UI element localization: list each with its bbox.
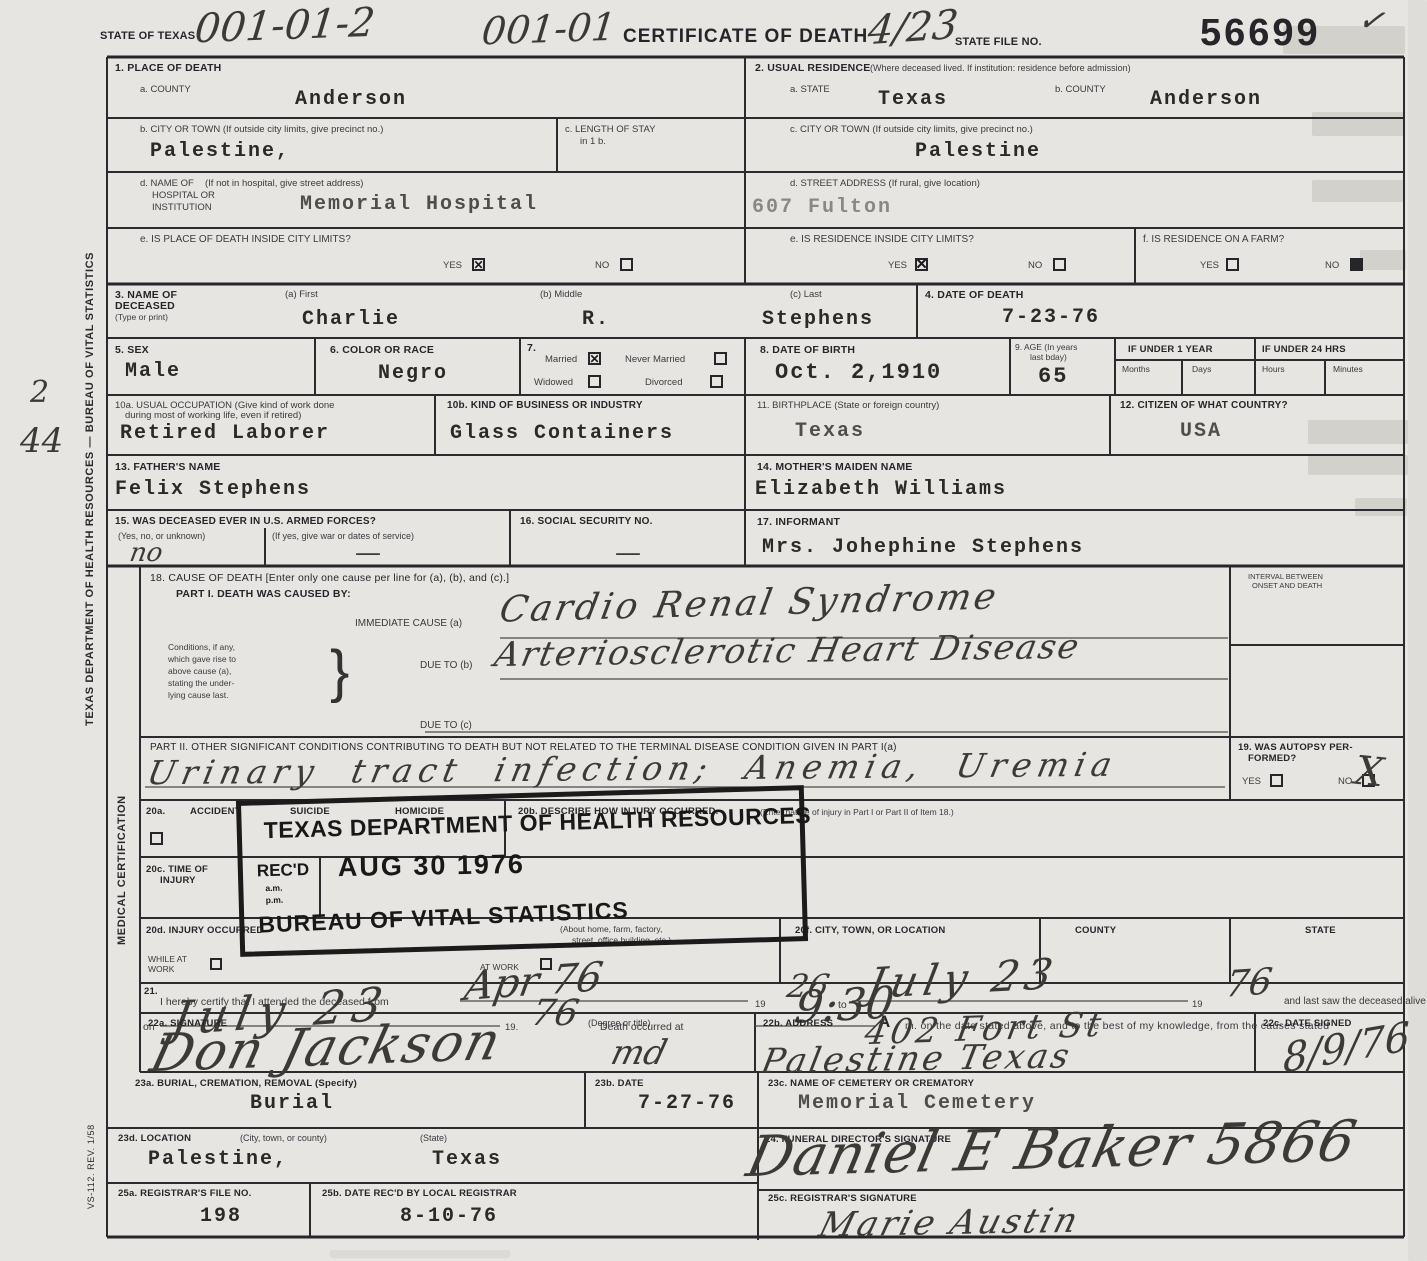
date-of-birth-value: Oct. 2,1910 bbox=[775, 360, 942, 385]
city-town-county-label: (City, town, or county) bbox=[240, 1133, 327, 1143]
cemetery-value: Memorial Cemetery bbox=[798, 1092, 1036, 1115]
stamp-am-label: a.m. bbox=[265, 883, 282, 893]
city-or-town-label: b. CITY OR TOWN (If outside city limits,… bbox=[140, 124, 383, 135]
interval-label-2: ONSET AND DEATH bbox=[1252, 581, 1322, 590]
conditions-brace: } bbox=[330, 638, 349, 705]
death-city-limits-no-label: NO bbox=[595, 260, 609, 271]
residence-state-value: Texas bbox=[878, 88, 948, 111]
farm-yes-label: YES bbox=[1200, 260, 1219, 271]
married-checkbox[interactable]: ✕ bbox=[588, 352, 601, 365]
months-label: Months bbox=[1122, 364, 1150, 374]
fathers-name-value: Felix Stephens bbox=[115, 478, 311, 501]
stamp-date: AUG 30 1976 bbox=[338, 849, 526, 883]
death-inside-city-limits-label: e. IS PLACE OF DEATH INSIDE CITY LIMITS? bbox=[140, 234, 351, 245]
autopsy-no-handwritten-x: X bbox=[1353, 751, 1386, 794]
time-of-injury-label-1: 20c. TIME OF bbox=[146, 864, 208, 875]
death-city-limits-no-checkbox[interactable] bbox=[620, 258, 633, 271]
citizen-value: USA bbox=[1180, 420, 1222, 443]
due-to-b-label: DUE TO (b) bbox=[420, 660, 472, 671]
sex-label: 5. SEX bbox=[115, 344, 149, 356]
hospital-or-label: HOSPITAL OR bbox=[152, 190, 215, 201]
widowed-label: Widowed bbox=[534, 377, 573, 388]
while-at-label: WHILE AT bbox=[148, 954, 187, 964]
citizen-label: 12. CITIZEN OF WHAT COUNTRY? bbox=[1120, 400, 1288, 411]
days-label: Days bbox=[1192, 364, 1211, 374]
conditions-note-2: which gave rise to bbox=[168, 654, 236, 664]
middle-name-label: (b) Middle bbox=[540, 289, 582, 300]
mothers-maiden-name-label: 14. MOTHER'S MAIDEN NAME bbox=[757, 461, 912, 473]
kind-of-business-label: 10b. KIND OF BUSINESS OR INDUSTRY bbox=[447, 400, 643, 411]
hours-label: Hours bbox=[1262, 364, 1285, 374]
residence-city-limits-yes-checkbox[interactable]: ✕ bbox=[915, 258, 928, 271]
color-or-race-value: Negro bbox=[378, 362, 448, 385]
date-of-death-value: 7-23-76 bbox=[1002, 306, 1100, 329]
burial-location-city-value: Palestine, bbox=[148, 1148, 288, 1171]
stamp-bureau-line: BUREAU OF VITAL STATISTICS bbox=[258, 897, 629, 939]
deceased-label: DECEASED bbox=[115, 300, 175, 312]
if-under-24-hrs-label: IF UNDER 24 HRS bbox=[1262, 344, 1346, 355]
immediate-cause-label: IMMEDIATE CAUSE (a) bbox=[355, 618, 462, 629]
armed-forces-label: 15. WAS DECEASED EVER IN U.S. ARMED FORC… bbox=[115, 516, 376, 527]
never-married-label: Never Married bbox=[625, 354, 685, 365]
residence-city-limits-no-label: NO bbox=[1028, 260, 1042, 271]
certify-19-1: 19 bbox=[755, 999, 766, 1010]
marital-status-label: 7. bbox=[527, 342, 536, 354]
color-or-race-label: 6. COLOR OR RACE bbox=[330, 344, 434, 356]
last-seen-year-handwritten: 76 bbox=[528, 996, 581, 1032]
divorced-checkbox[interactable] bbox=[710, 375, 723, 388]
date-of-birth-label: 8. DATE OF BIRTH bbox=[760, 344, 855, 356]
check-x: ✕ bbox=[473, 259, 483, 271]
if-under-1-year-label: IF UNDER 1 YEAR bbox=[1128, 344, 1213, 355]
autopsy-yes-label: YES bbox=[1242, 776, 1261, 787]
residence-county-label: b. COUNTY bbox=[1055, 84, 1106, 95]
due-to-b-value: Arteriosclerotic Heart Disease bbox=[492, 630, 1084, 672]
stamp-pm-label: p.m. bbox=[266, 895, 284, 905]
check-mark: ✓ bbox=[1356, 2, 1387, 37]
handwritten-code-1: 001-01-2 bbox=[193, 3, 377, 49]
date-recd-label: 25b. DATE REC'D BY LOCAL REGISTRAR bbox=[322, 1188, 517, 1199]
last-name-value: Stephens bbox=[762, 308, 874, 331]
injury-state-label: STATE bbox=[1305, 925, 1336, 936]
farm-no-label: NO bbox=[1325, 260, 1339, 271]
residence-city-limits-no-checkbox[interactable] bbox=[1053, 258, 1066, 271]
armed-forces-dash: — bbox=[355, 540, 381, 566]
hospital-name-label: d. NAME OF bbox=[140, 178, 194, 189]
social-security-label: 16. SOCIAL SECURITY NO. bbox=[520, 516, 653, 527]
street-address-value: 607 Fulton bbox=[752, 196, 892, 219]
handwritten-margin-mark-1: 2 bbox=[30, 378, 49, 408]
physician-address-line-2: Palestine Texas bbox=[759, 1039, 1075, 1079]
social-security-dash: — bbox=[615, 540, 641, 566]
usual-occupation-value: Retired Laborer bbox=[120, 422, 330, 445]
handwritten-margin-mark-2: 44 bbox=[20, 424, 63, 458]
state-sub-label: (State) bbox=[420, 1133, 447, 1143]
residence-on-farm-label: f. IS RESIDENCE ON A FARM? bbox=[1143, 234, 1284, 245]
widowed-checkbox[interactable] bbox=[588, 375, 601, 388]
minutes-label: Minutes bbox=[1333, 364, 1363, 374]
part1-label: PART I. DEATH WAS CAUSED BY: bbox=[176, 588, 351, 600]
handwritten-page-number: 4/23 bbox=[866, 5, 960, 52]
armed-forces-value: no bbox=[128, 540, 165, 566]
part2-value: Urinary tract infection; Anemia, Uremia bbox=[145, 748, 1121, 790]
cause-of-death-label: 18. CAUSE OF DEATH [Enter only one cause… bbox=[150, 572, 509, 584]
residence-city-limits-label: e. IS RESIDENCE INSIDE CITY LIMITS? bbox=[790, 234, 974, 245]
check-x: ✕ bbox=[915, 257, 928, 272]
first-name-value: Charlie bbox=[302, 308, 400, 331]
registrar-file-no-value: 198 bbox=[200, 1205, 242, 1228]
conditions-note-1: Conditions, if any, bbox=[168, 642, 235, 652]
physician-address-label: 22b. ADDRESS bbox=[763, 1018, 833, 1029]
interval-label-1: INTERVAL BETWEEN bbox=[1248, 572, 1323, 581]
burial-value: Burial bbox=[250, 1092, 334, 1115]
place-of-death-label: 1. PLACE OF DEATH bbox=[115, 62, 221, 74]
kind-of-business-value: Glass Containers bbox=[450, 422, 674, 445]
first-name-label: (a) First bbox=[285, 289, 318, 300]
time-of-injury-label-2: INJURY bbox=[160, 875, 196, 886]
length-of-stay-label: c. LENGTH OF STAY bbox=[565, 124, 655, 135]
armed-forces-sub2: (If yes, give war or dates of service) bbox=[272, 531, 414, 541]
medical-certification-vertical-text: MEDICAL CERTIFICATION bbox=[116, 730, 128, 1010]
residence-city-value: Palestine bbox=[915, 140, 1041, 163]
registrar-file-no-label: 25a. REGISTRAR'S FILE NO. bbox=[118, 1188, 251, 1199]
farm-no-checkbox[interactable] bbox=[1350, 258, 1363, 271]
informant-value: Mrs. Johephine Stephens bbox=[762, 536, 1084, 559]
handwritten-code-2: 001-01 bbox=[480, 8, 618, 51]
burial-location-label: 23d. LOCATION bbox=[118, 1133, 191, 1144]
hospital-value: Memorial Hospital bbox=[300, 193, 538, 216]
farm-yes-checkbox[interactable] bbox=[1226, 258, 1239, 271]
age-label-1: 9. AGE (In years bbox=[1015, 342, 1077, 352]
certify-21-label: 21. bbox=[144, 986, 158, 997]
age-label-2: last bday) bbox=[1030, 352, 1067, 362]
while-at-work-checkbox[interactable] bbox=[210, 958, 222, 970]
attended-to-year-handwritten: 76 bbox=[1223, 964, 1274, 1004]
usual-residence-label: 2. USUAL RESIDENCE bbox=[755, 62, 870, 74]
physician-degree-handwritten: md bbox=[608, 1036, 670, 1070]
informant-label: 17. INFORMANT bbox=[757, 516, 840, 528]
birthplace-value: Texas bbox=[795, 420, 865, 443]
certify-19-2: 19 bbox=[1192, 999, 1203, 1010]
mothers-maiden-name-value: Elizabeth Williams bbox=[755, 478, 1007, 501]
burial-location-state-value: Texas bbox=[432, 1148, 502, 1171]
death-city-limits-yes-checkbox[interactable]: ✕ bbox=[472, 258, 485, 271]
death-city-limits-yes-label: YES bbox=[443, 260, 462, 271]
autopsy-label-1: 19. WAS AUTOPSY PER- bbox=[1238, 742, 1353, 753]
usual-residence-paren: (Where deceased lived. If institution: r… bbox=[870, 63, 1131, 73]
work-label: WORK bbox=[148, 964, 174, 974]
fathers-name-label: 13. FATHER'S NAME bbox=[115, 461, 220, 473]
injury-county-label: COUNTY bbox=[1075, 925, 1116, 936]
county-label: a. COUNTY bbox=[140, 84, 191, 95]
residence-city-limits-yes-label: YES bbox=[888, 260, 907, 271]
stamp-recd-label: REC'D bbox=[257, 860, 310, 881]
physician-signature: Don Jackson bbox=[146, 1016, 508, 1081]
autopsy-no-label: NO bbox=[1338, 776, 1352, 787]
burial-label: 23a. BURIAL, CREMATION, REMOVAL (Specify… bbox=[135, 1078, 357, 1089]
cemetery-label: 23c. NAME OF CEMETERY OR CREMATORY bbox=[768, 1078, 974, 1089]
last-name-label: (c) Last bbox=[790, 289, 822, 300]
funeral-director-signature: Daniel E Baker 5866 bbox=[742, 1114, 1362, 1186]
check-x: ✕ bbox=[589, 353, 599, 365]
death-certificate-scan: STATE OF TEXAS 001-01-2 001-01 CERTIFICA… bbox=[0, 0, 1427, 1261]
county-value: Anderson bbox=[295, 88, 407, 111]
registrar-signature-label: 25c. REGISTRAR'S SIGNATURE bbox=[768, 1193, 917, 1204]
attended-from-handwritten: Apr 76 bbox=[462, 957, 606, 1007]
residence-city-label: c. CITY OR TOWN (If outside city limits,… bbox=[790, 124, 1033, 135]
street-address-label: d. STREET ADDRESS (If rural, give locati… bbox=[790, 178, 980, 189]
date-recd-value: 8-10-76 bbox=[400, 1205, 498, 1228]
state-file-no-label: STATE FILE NO. bbox=[955, 36, 1042, 48]
due-to-c-label: DUE TO (c) bbox=[420, 720, 472, 731]
sex-value: Male bbox=[125, 360, 181, 383]
accident-checkbox[interactable] bbox=[150, 832, 163, 845]
married-label: Married bbox=[545, 354, 577, 365]
city-or-town-value: Palestine, bbox=[150, 140, 290, 163]
type-or-print-label: (Type or print) bbox=[115, 312, 168, 322]
residence-county-value: Anderson bbox=[1150, 88, 1262, 111]
injury-20a-label: 20a. bbox=[146, 806, 165, 817]
middle-name-value: R. bbox=[582, 308, 610, 331]
hospital-name-paren: (If not in hospital, give street address… bbox=[205, 178, 363, 189]
state-of-texas-label: STATE OF TEXAS bbox=[100, 30, 195, 42]
received-stamp: TEXAS DEPARTMENT OF HEALTH RESOURCES REC… bbox=[236, 785, 808, 957]
conditions-note-4: stating the under- bbox=[168, 678, 234, 688]
burial-date-label: 23b. DATE bbox=[595, 1078, 644, 1089]
birthplace-label: 11. BIRTHPLACE (State or foreign country… bbox=[757, 400, 939, 411]
registrar-signature: Marie Austin bbox=[815, 1204, 1084, 1243]
usual-occupation-label-2: during most of working life, even if ret… bbox=[125, 410, 301, 421]
institution-label: INSTITUTION bbox=[152, 202, 212, 213]
residence-state-label: a. STATE bbox=[790, 84, 830, 95]
state-file-number: 56699 bbox=[1200, 12, 1321, 55]
never-married-checkbox[interactable] bbox=[714, 352, 727, 365]
form-number-vertical-text: VS-112. REV. 1/58 bbox=[86, 1092, 96, 1242]
autopsy-label-2: FORMED? bbox=[1248, 753, 1296, 764]
accident-label: ACCIDENT bbox=[190, 806, 241, 817]
conditions-note-3: above cause (a), bbox=[168, 666, 231, 676]
bureau-vertical-text: TEXAS DEPARTMENT OF HEALTH RESOURCES — B… bbox=[84, 198, 96, 780]
certificate-title: CERTIFICATE OF DEATH bbox=[623, 26, 868, 48]
date-of-death-label: 4. DATE OF DEATH bbox=[925, 289, 1023, 301]
certify-19-3: 19. bbox=[505, 1022, 518, 1033]
length-of-stay-label-2: in 1 b. bbox=[580, 136, 606, 147]
age-value: 65 bbox=[1038, 364, 1068, 389]
divorced-label: Divorced bbox=[645, 377, 683, 388]
certify-text-1b: and last saw the deceased alive bbox=[1284, 996, 1426, 1007]
burial-date-value: 7-27-76 bbox=[638, 1092, 736, 1115]
conditions-note-5: lying cause last. bbox=[168, 690, 228, 700]
stamp-department-line: TEXAS DEPARTMENT OF HEALTH RESOURCES bbox=[263, 802, 811, 844]
degree-or-title-label: (Degree or title) bbox=[588, 1018, 651, 1028]
autopsy-yes-checkbox[interactable] bbox=[1270, 774, 1283, 787]
injury-city-label: 20f. CITY, TOWN, OR LOCATION bbox=[795, 925, 945, 936]
